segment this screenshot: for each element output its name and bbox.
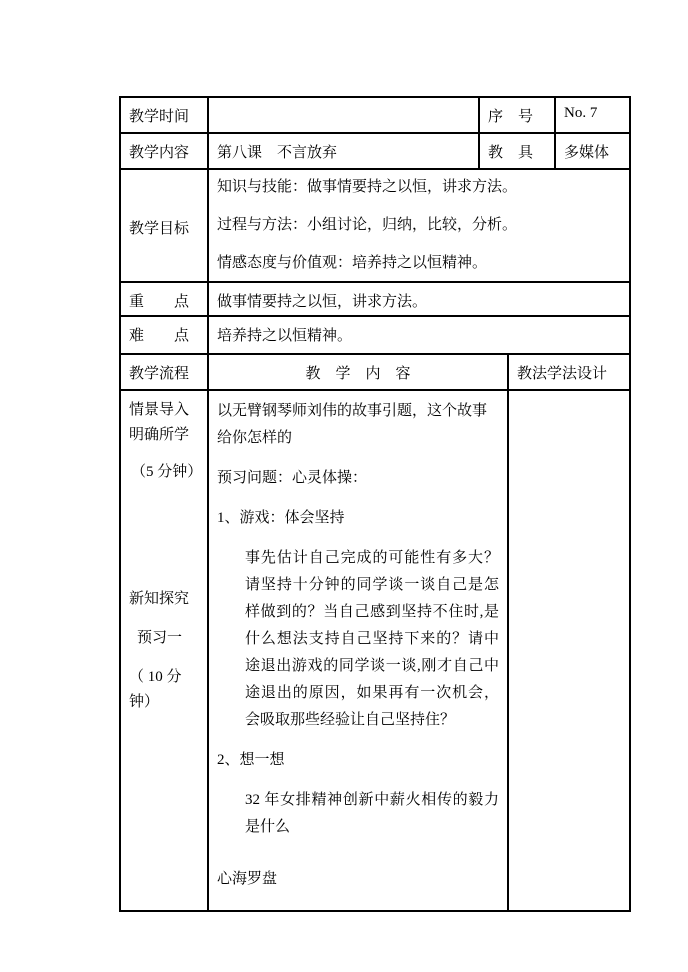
teaching-time-label: 教学时间 (120, 97, 208, 133)
content-activity1-detail: 事先估计自己完成的可能性有多大？请坚持十分钟的同学谈一谈自己是怎样做到的？当自己… (245, 545, 499, 734)
flow-stage1-line1: 情景导入 (129, 398, 199, 423)
teaching-content-label: 教学内容 (120, 133, 208, 169)
serial-number-value: No. 7 (555, 97, 630, 133)
teaching-content-value: 第八课 不言放弃 (208, 133, 479, 169)
serial-number-label: 序 号 (479, 97, 555, 133)
key-point-content: 做事情要持之以恒，讲求方法。 (208, 282, 630, 316)
key-point-label: 重 点 (120, 282, 208, 316)
teaching-time-value (208, 97, 479, 133)
teaching-aid-label: 教 具 (479, 133, 555, 169)
flow-stage1-line2: 明确所学 (129, 423, 199, 448)
method-cell (508, 390, 630, 911)
row-lesson-body: 情景导入 明确所学 （5 分钟） 新知探究 预习一 （ 10 分钟） 以无臂钢琴… (120, 390, 630, 911)
objective-process-methods: 过程与方法：小组讨论，归纳，比较，分析。 (217, 215, 621, 235)
content-cell: 以无臂钢琴师刘伟的故事引题，这个故事给你怎样的 预习问题：心灵体操： 1、游戏：… (208, 390, 508, 911)
objective-values: 情感态度与价值观：培养持之以恒精神。 (217, 253, 621, 273)
difficulty-label: 难 点 (120, 316, 208, 354)
content-activity2-detail: 32 年女排精神创新中薪火相传的毅力是什么 (245, 787, 499, 841)
objectives-label: 教学目标 (120, 169, 208, 282)
lesson-flow-table: 教学流程 教 学 内 容 教法学法设计 情景导入 明确所学 （5 分钟） 新知探… (119, 353, 631, 912)
content-activity2-title: 2、想一想 (217, 747, 499, 774)
document-page: 教学时间 序 号 No. 7 教学内容 第八课 不言放弃 教 具 多媒体 教学目… (0, 0, 688, 972)
flow-cell: 情景导入 明确所学 （5 分钟） 新知探究 预习一 （ 10 分钟） (120, 390, 208, 911)
teaching-aid-value: 多媒体 (555, 133, 630, 169)
row-teaching-content: 教学内容 第八课 不言放弃 教 具 多媒体 (120, 133, 630, 169)
lesson-plan-table: 教学时间 序 号 No. 7 教学内容 第八课 不言放弃 教 具 多媒体 教学目… (119, 96, 629, 912)
difficulty-content: 培养持之以恒精神。 (208, 316, 630, 354)
content-header: 教 学 内 容 (208, 354, 508, 390)
content-closing: 心海罗盘 (217, 866, 499, 893)
objective-knowledge-skills: 知识与技能：做事情要持之以恒，讲求方法。 (217, 177, 621, 197)
flow-stage2-line2: 预习一 (129, 626, 199, 651)
row-objectives: 教学目标 知识与技能：做事情要持之以恒，讲求方法。 过程与方法：小组讨论，归纳，… (120, 169, 630, 282)
flow-header: 教学流程 (120, 354, 208, 390)
row-key-point: 重 点 做事情要持之以恒，讲求方法。 (120, 282, 630, 316)
method-header: 教法学法设计 (508, 354, 630, 390)
row-teaching-time: 教学时间 序 号 No. 7 (120, 97, 630, 133)
flow-stage1-duration: （5 分钟） (129, 460, 199, 485)
objectives-content: 知识与技能：做事情要持之以恒，讲求方法。 过程与方法：小组讨论，归纳，比较，分析… (208, 169, 630, 282)
flow-stage2-line1: 新知探究 (129, 587, 199, 612)
content-activity1-title: 1、游戏：体会坚持 (217, 505, 499, 532)
flow-stage2-duration: （ 10 分钟） (129, 665, 199, 715)
row-difficulty: 难 点 培养持之以恒精神。 (120, 316, 630, 354)
content-intro: 以无臂钢琴师刘伟的故事引题，这个故事给你怎样的 (217, 398, 499, 452)
row-section-header: 教学流程 教 学 内 容 教法学法设计 (120, 354, 630, 390)
content-preview-question: 预习问题：心灵体操： (217, 465, 499, 492)
lesson-info-table: 教学时间 序 号 No. 7 教学内容 第八课 不言放弃 教 具 多媒体 教学目… (119, 96, 631, 355)
